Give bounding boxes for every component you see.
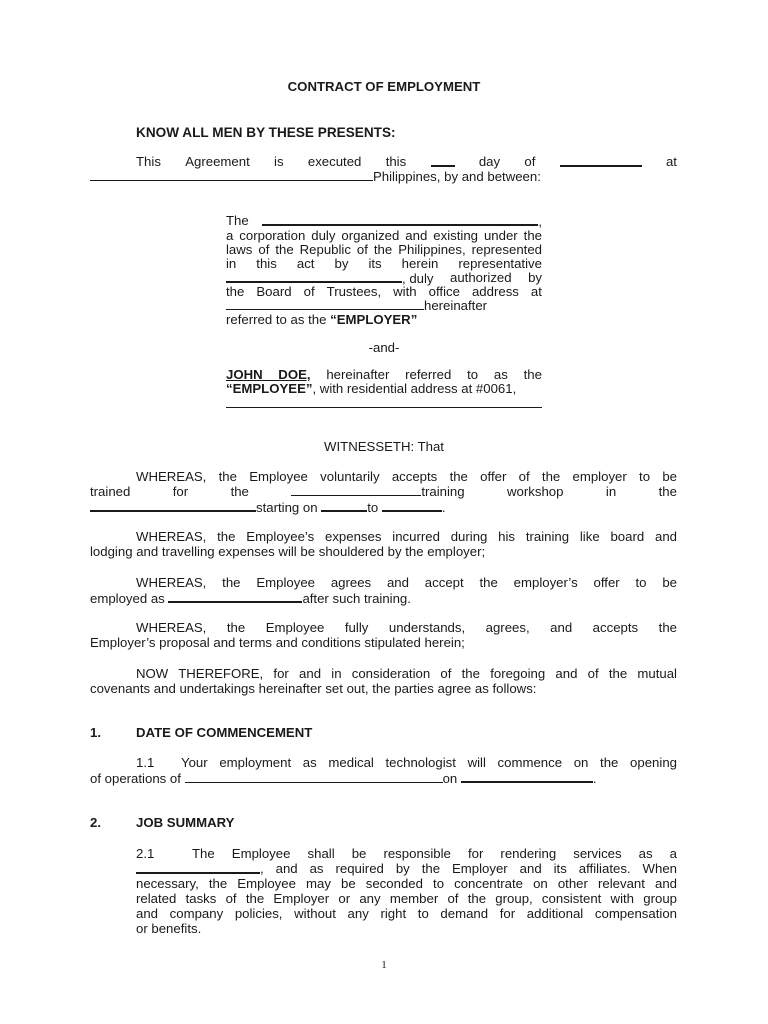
document-title: CONTRACT OF EMPLOYMENT xyxy=(0,79,768,94)
employer-line-8: referred to as the “EMPLOYER” xyxy=(226,312,417,327)
preamble-heading: KNOW ALL MEN BY THESE PRESENTS: xyxy=(136,125,396,140)
place-blank[interactable] xyxy=(90,169,373,181)
month-blank[interactable] xyxy=(560,154,642,167)
employee-line-3 xyxy=(226,396,542,411)
employer-line-3: laws of the Republic of the Philippines,… xyxy=(226,242,542,257)
employer-line-4: in this act by its herein representative xyxy=(226,256,542,271)
section-1-heading: DATE OF COMMENCEMENT xyxy=(136,725,312,740)
training-location-blank[interactable] xyxy=(90,499,256,512)
clause-2-1-number: 2.1 xyxy=(136,846,154,861)
witnesseth-heading: WITNESSETH: That xyxy=(0,439,768,454)
residential-address-blank[interactable] xyxy=(226,396,542,408)
employer-line-7: hereinafter xyxy=(226,298,487,313)
employee-label: “EMPLOYEE” xyxy=(226,381,312,396)
employer-line-1: The , xyxy=(226,213,542,229)
day-blank[interactable] xyxy=(431,154,455,167)
section-1-number: 1. xyxy=(90,725,101,740)
clause-1-1-number: 1.1 xyxy=(136,755,154,770)
section-2-number: 2. xyxy=(90,815,101,830)
intro-line-1: This Agreement is executed this day of a… xyxy=(136,154,677,169)
employer-line-2: a corporation duly organized and existin… xyxy=(226,228,542,243)
employee-name: JOHN DOE, xyxy=(226,367,311,382)
employee-line-2: “EMPLOYEE”, with residential address at … xyxy=(226,381,516,396)
section-2-heading: JOB SUMMARY xyxy=(136,815,234,830)
representative-blank[interactable] xyxy=(226,270,402,283)
intro-line-2: Philippines, by and between: xyxy=(90,169,541,184)
service-role-blank[interactable] xyxy=(136,861,260,874)
employer-label: “EMPLOYER” xyxy=(330,312,417,327)
operations-blank[interactable] xyxy=(185,771,443,783)
employee-line-1: JOHN DOE, hereinafter referred to as the xyxy=(226,367,542,382)
commencement-date-blank[interactable] xyxy=(461,770,593,783)
employer-line-6: the Board of Trustees, with office addre… xyxy=(226,284,542,299)
employer-name-blank[interactable] xyxy=(262,213,538,226)
and-separator: -and- xyxy=(226,340,542,355)
training-name-blank[interactable] xyxy=(291,484,421,496)
start-date-blank[interactable] xyxy=(321,499,367,512)
page-number: 1 xyxy=(0,958,768,973)
position-blank[interactable] xyxy=(168,590,302,603)
end-date-blank[interactable] xyxy=(382,499,442,512)
office-address-blank[interactable] xyxy=(226,298,424,310)
